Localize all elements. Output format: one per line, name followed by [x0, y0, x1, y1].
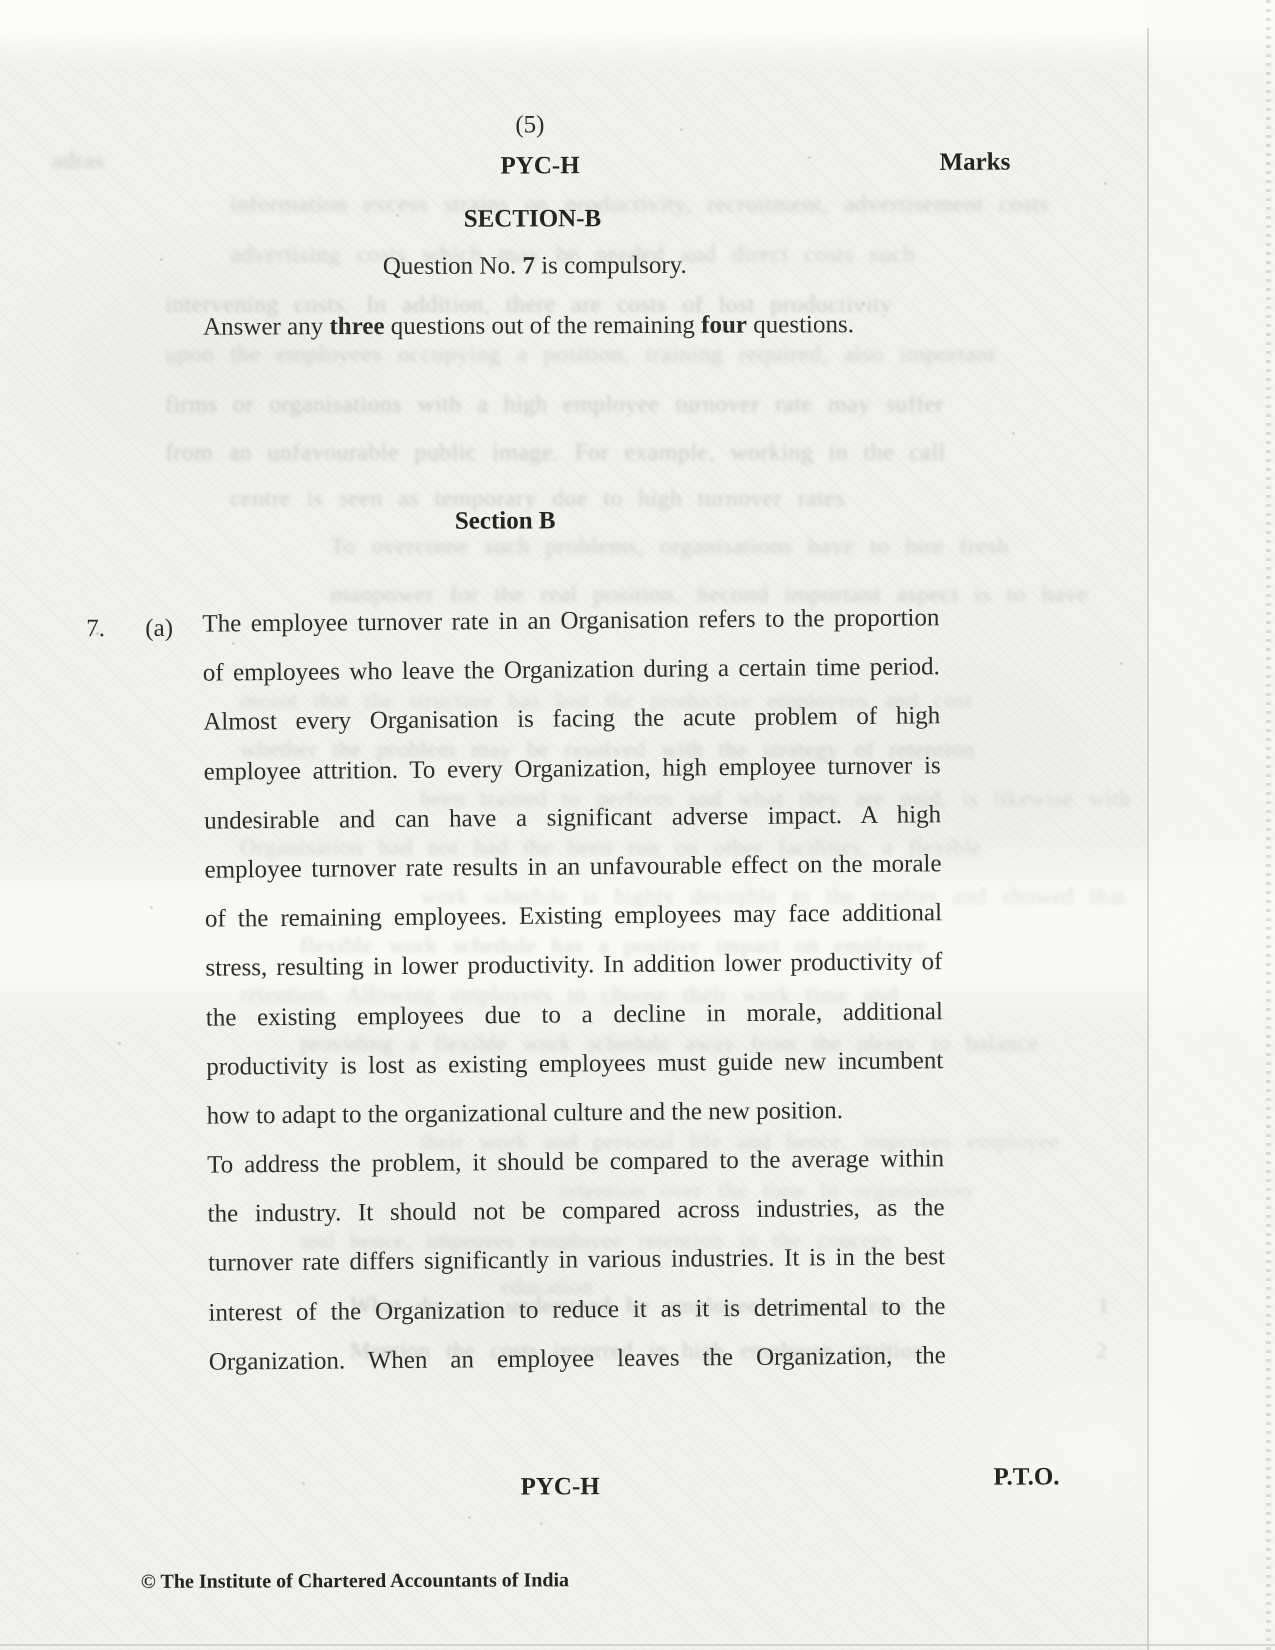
- question-paragraph-2: To address the problem, it should be com…: [207, 1134, 946, 1386]
- pto-label: P.T.O.: [993, 1462, 1059, 1492]
- question-text-line: To address the problem, it should be com…: [207, 1134, 944, 1190]
- question-text-line: the existing employees due to a decline …: [206, 987, 943, 1043]
- paper-code-footer: PYC-H: [520, 1472, 599, 1502]
- page-content: (5) PYC-H Marks SECTION-B Question No. 7…: [0, 0, 1275, 1650]
- paper-code-header: PYC-H: [500, 151, 579, 181]
- question-paragraph-1: The employee turnover rate in an Organis…: [202, 593, 944, 1140]
- question-body: The employee turnover rate in an Organis…: [202, 593, 946, 1386]
- question-text-line: employee turnover rate results in an unf…: [204, 839, 941, 895]
- question-text-line: interest of the Organization to reduce i…: [208, 1282, 945, 1338]
- question-text-line: Organization. When an employee leaves th…: [209, 1331, 946, 1387]
- subsection-heading: Section B: [455, 506, 556, 536]
- question-text-line: the industry. It should not be compared …: [207, 1183, 944, 1239]
- page-number: (5): [515, 110, 544, 140]
- question-text-line: employee attrition. To every Organizatio…: [203, 741, 940, 797]
- question-text-line: how to adapt to the organizational cultu…: [207, 1085, 944, 1141]
- question-text-line: of employees who leave the Organization …: [203, 642, 940, 698]
- question-text-line: The employee turnover rate in an Organis…: [202, 593, 939, 649]
- section-heading: SECTION-B: [464, 204, 602, 235]
- question-text-line: Almost every Organisation is facing the …: [203, 692, 940, 748]
- question-text-line: turnover rate differs significantly in v…: [208, 1233, 945, 1289]
- question-text-line: undesirable and can have a significant a…: [204, 790, 941, 846]
- copyright-notice: © The Institute of Chartered Accountants…: [141, 1568, 569, 1594]
- compulsory-note: Question No. 7 is compulsory.: [383, 251, 687, 282]
- question-number: 7.: [86, 614, 105, 644]
- question-text-line: of the remaining employees. Existing emp…: [205, 888, 942, 944]
- scanned-page: adrasinformation excess strains on produ…: [0, 0, 1275, 1650]
- answer-instruction: Answer any three questions out of the re…: [203, 310, 854, 342]
- marks-label: Marks: [939, 148, 1010, 178]
- question-part-label: (a): [145, 614, 173, 644]
- question-text-line: stress, resulting in lower productivity.…: [205, 938, 942, 994]
- question-text-line: productivity is lost as existing employe…: [206, 1036, 943, 1092]
